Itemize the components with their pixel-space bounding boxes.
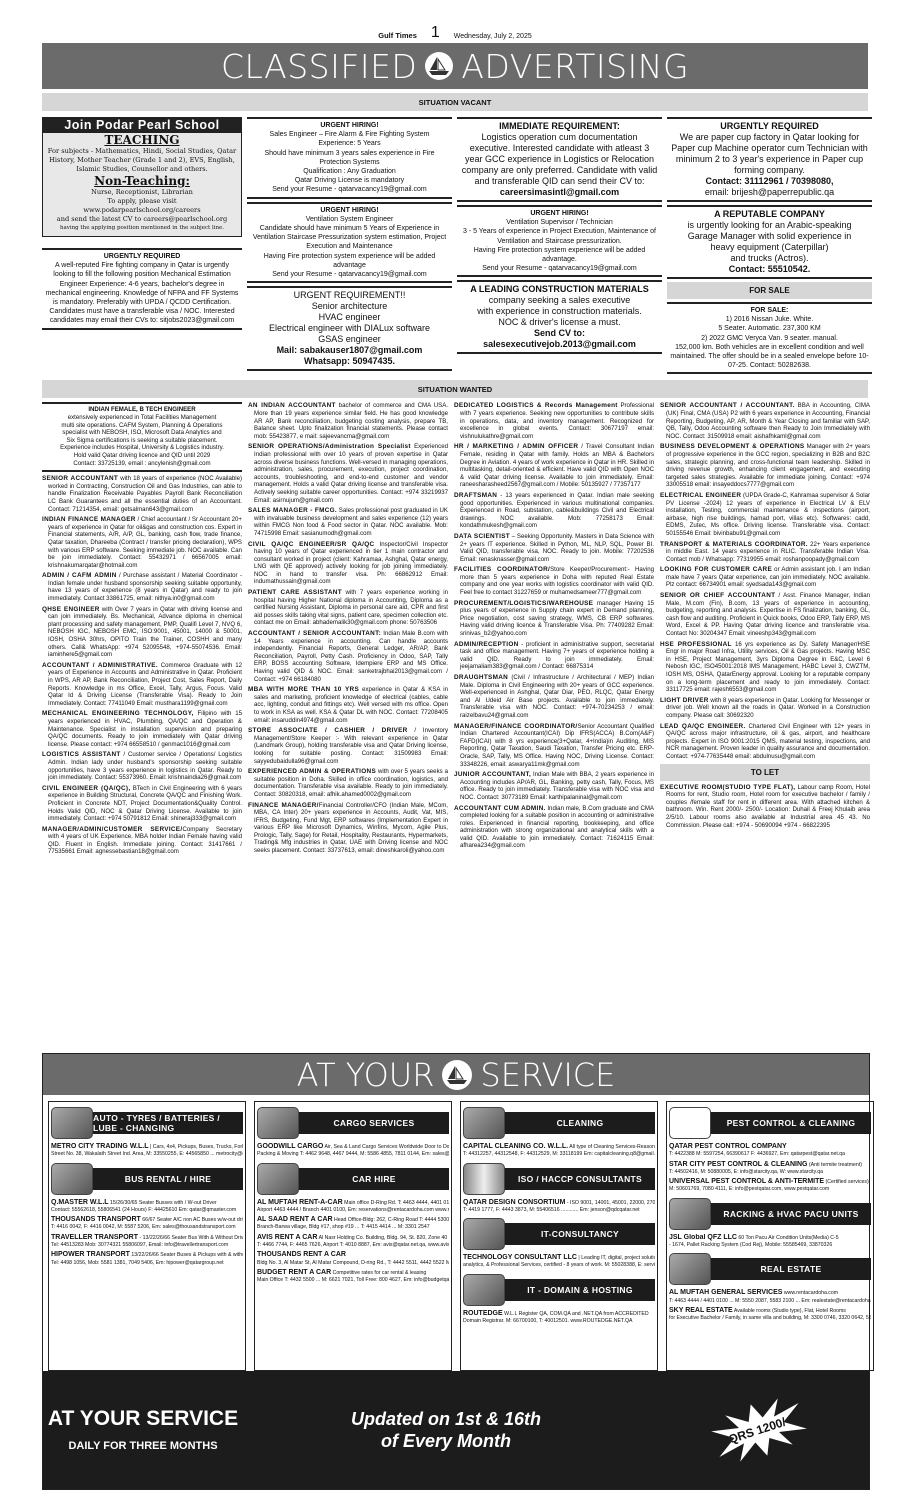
listing-title: FINANCE MANAGER/ bbox=[248, 802, 319, 809]
listing-title: CIVIL ENGINEER (QA/QC), bbox=[42, 785, 130, 792]
ad-contact[interactable]: Send your Resume - qatarvacancy19@gmail.… bbox=[250, 185, 449, 194]
service-footer: AT YOUR SERVICE DAILY FOR THREE MONTHS U… bbox=[43, 1371, 869, 1489]
issue-date: Wednesday, July 2, 2025 bbox=[454, 33, 532, 40]
wanted-listing: ACCOUNTANT / ADMINISTRATIVE. Commerce Gr… bbox=[42, 662, 242, 708]
ventilation-engineer-ad: URGENT HIRING! Ventilation System Engine… bbox=[247, 202, 452, 284]
section-situation-vacant: SITUATION VACANT bbox=[42, 93, 868, 111]
ad-line: company seeking a sales executive bbox=[460, 295, 659, 306]
wanted-listing: MBA WITH MORE THAN 10 YRS experience in … bbox=[248, 686, 448, 724]
entry-detail: - 13/22/26/66 Seater Bus With & Without … bbox=[139, 1235, 243, 1241]
entry-contact: T: 4422388 M: 5597254, 66390617 F: 44369… bbox=[669, 1151, 845, 1157]
entry-detail: Available rooms (Studio type), Flat, Hot… bbox=[734, 1308, 846, 1314]
wanted-listing: CIVIL ENGINEER (QA/QC), BTech in Civil E… bbox=[42, 785, 242, 823]
ad-heading: INDIAN FEMALE, B TECH ENGINEER bbox=[42, 406, 242, 414]
wanted-listing: SALES MANAGER - FMCG. Sales professional… bbox=[248, 507, 448, 537]
entry-contact: T: 4419 1777, F: 4443 3873, M: 55406516 … bbox=[463, 1207, 640, 1213]
category-cargo: CARGO SERVICES bbox=[257, 1107, 449, 1139]
wanted-listing: PATIENT CARE ASSISTANT with 7 years expe… bbox=[248, 589, 448, 627]
entry-contact: T: 4463 4444 / 4401 0100 ... M: 5550 208… bbox=[669, 1298, 871, 1304]
listing-title: DEDICATED LOGISTICS & Records Management bbox=[454, 402, 618, 409]
vacant-column-1: Join Podar Pearl School TEACHING For sub… bbox=[42, 117, 242, 374]
ad-line: Ventilation Supervisor / Technician bbox=[460, 218, 659, 227]
entry-name: THOUSANDS TRANSPORT bbox=[51, 1216, 141, 1223]
entry-name: AL MUFTAH GENERAL SERVICES bbox=[669, 1289, 782, 1296]
car-key-thumbnail-icon bbox=[257, 1163, 299, 1195]
directory-entry: STAR CITY PEST CONTROL & CLEANING (Anti … bbox=[669, 1161, 871, 1177]
banner-left-text: AT YOUR bbox=[297, 1056, 435, 1094]
ad-line: Experience: 5 Years bbox=[250, 139, 449, 148]
construction-materials-ad: A LEADING CONSTRUCTION MATERIALS company… bbox=[457, 280, 662, 354]
listing-text: Labour camp Room, Hotel Rooms for rent, … bbox=[666, 784, 870, 829]
teaching-subjects: For subjects - Mathematics, Hindi, Socia… bbox=[43, 147, 241, 174]
entry-name: HIPOWER TRANSPORT bbox=[51, 1251, 130, 1258]
container-thumbnail-icon bbox=[257, 1107, 299, 1139]
category-auto-tyres: AUTO - TYRES / BATTERIES / LUBE - CHANGI… bbox=[51, 1107, 243, 1139]
ad-line: Six Sigma certifications is seeking a su… bbox=[42, 437, 242, 445]
listing-text: / Travel Consultant Indian Female, resid… bbox=[460, 443, 654, 488]
listing-title: SENIOR OPERATIONS/Administration Special… bbox=[248, 443, 411, 450]
footer-duration: DAILY FOR THREE MONTHS bbox=[68, 1439, 217, 1453]
listing-title: ADMIN/RECEPTION bbox=[454, 641, 519, 648]
ad-line: 2) 2022 GMC Veryca Van. 9 seater. manual… bbox=[670, 334, 869, 343]
for-sale-ad: FOR SALE: 1) 2016 Nissan Juke. White. 5 … bbox=[667, 302, 872, 374]
entry-contact: T: 44502416, M: 50880005, E: info@starci… bbox=[669, 1169, 823, 1175]
entry-name: THOUSANDS RENT A CAR bbox=[257, 1251, 346, 1258]
listing-text: / Asst. Finance Manager, Indian Male, M.… bbox=[666, 592, 870, 637]
ad-line: and trucks (Actros). bbox=[670, 253, 869, 264]
wanted-column-3: DEDICATED LOGISTICS & Records Management… bbox=[454, 402, 654, 856]
dhow-boat-icon bbox=[425, 52, 453, 80]
senior-architecture-ad: URGENT REQUIREMENT!! Senior architecture… bbox=[247, 286, 452, 371]
entry-contact: analytics, & Professional Services, cert… bbox=[463, 1262, 655, 1268]
vacant-column-4: URGENTLY REQUIRED We are paper cup facto… bbox=[667, 117, 872, 374]
wanted-listing: INDIAN FINANCE MANAGER / Chief accountan… bbox=[42, 516, 242, 569]
dhow-boat-icon bbox=[442, 1060, 472, 1090]
entry-detail: 66/67 Seater A/C non AC Buses w/w-out dr… bbox=[142, 1217, 243, 1223]
entry-name: GOODWILL CARGO bbox=[257, 1143, 323, 1150]
classified-page: Gulf Times 1 Wednesday, July 2, 2025 CLA… bbox=[42, 0, 868, 856]
ventilation-supervisor-ad: URGENT HIRING! Ventilation Supervisor / … bbox=[457, 205, 662, 277]
situation-vacant-grid: Join Podar Pearl School TEACHING For sub… bbox=[42, 117, 868, 374]
listing-title: MBA WITH MORE THAN 10 YRS bbox=[248, 686, 359, 693]
listing-title: JUNIOR ACCOUNTANT, bbox=[454, 771, 531, 778]
garage-manager-ad: A REPUTABLE COMPANY is urgently looking … bbox=[667, 205, 872, 279]
footer-middle: Updated on 1st & 16th of Every Month bbox=[243, 1371, 649, 1489]
banner-right-text: ADVERTISING bbox=[461, 47, 689, 86]
entry-detail: Air, Sea & Land Cargo Services Worldwide… bbox=[325, 1144, 449, 1150]
directory-entry: JSL Global QFZ LLC 60 Ton Pacu Air Condi… bbox=[669, 1234, 871, 1250]
listing-title: STORE ASSOCIATE / CASHIER / DRIVER bbox=[248, 727, 408, 734]
wanted-listing: SENIOR OPERATIONS/Administration Special… bbox=[248, 443, 448, 504]
ad-line: Experience includes Hospital, University… bbox=[42, 444, 242, 452]
directory-entry: THOUSANDS TRANSPORT 66/67 Seater A/C non… bbox=[51, 1216, 243, 1232]
section-to-let: TO LET bbox=[660, 764, 870, 781]
category-label: CAR HIRE bbox=[299, 1168, 449, 1190]
directory-entry: QATAR DESIGN CONSORTIUM - ISO 9001, 1400… bbox=[463, 1199, 655, 1215]
wanted-listing: LEAD QA/QC ENGINEER. Chartered Civil Eng… bbox=[660, 723, 870, 761]
category-racking-hvac: RACKING & HVAC PACU UNITS bbox=[669, 1198, 871, 1230]
category-label: PEST CONTROL & CLEANING bbox=[711, 1112, 871, 1134]
listing-title: MANAGER/FINANCE COORDINATOR/ bbox=[454, 723, 577, 730]
entry-name: QATAR DESIGN CONSORTIUM bbox=[463, 1199, 565, 1206]
ad-phone[interactable]: Contact: 55510542. bbox=[670, 264, 869, 275]
listing-title: DRAUGHTSMAN bbox=[454, 674, 508, 681]
directory-entry: GOODWILL CARGO Air, Sea & Land Cargo Ser… bbox=[257, 1143, 449, 1159]
listing-text: Senior Accountant Qualified Indian Chart… bbox=[460, 723, 654, 768]
ad-line: Garage Manager with solid experience in bbox=[670, 231, 869, 242]
entry-detail: 13/22/26/66 Seater Buses & Pickups with … bbox=[131, 1252, 243, 1258]
section-for-sale: FOR SALE bbox=[667, 282, 872, 299]
entry-name: AL SAAD RENT A CAR bbox=[257, 1216, 333, 1223]
logistics-ad: IMMEDIATE REQUIREMENT: Logistics operati… bbox=[457, 117, 662, 202]
category-cleaning: CLEANING bbox=[463, 1107, 655, 1139]
entry-contact: Airport 4463 4444 / Branch 4401 0100, Em… bbox=[257, 1207, 449, 1213]
listing-text: Indian male, B.Com graduate and CMA comp… bbox=[460, 805, 654, 850]
globe-hosting-thumbnail-icon bbox=[463, 1274, 505, 1306]
ad-email[interactable]: careersimasintl@gmail.com bbox=[460, 187, 659, 198]
entry-detail: All type of Cleaning Services-Reasonable… bbox=[569, 1144, 655, 1150]
ad-heading: URGENTLY REQUIRED bbox=[45, 252, 239, 261]
warehouse-racking-thumbnail-icon bbox=[669, 1198, 711, 1230]
directory-entry: AL SAAD RENT A CAR Head Office-Bldg: 262… bbox=[257, 1216, 449, 1232]
price-starburst-badge: QRS 1200/- bbox=[707, 1390, 811, 1470]
send-cv-text: Send CV to: bbox=[460, 328, 659, 339]
listing-title: PROCUREMENT/LOGISTICS/WAREHOUSE bbox=[454, 600, 593, 607]
listing-title: LEAD QA/QC ENGINEER. bbox=[660, 723, 746, 730]
ad-line: Electrical engineer with DIALux software bbox=[250, 323, 449, 334]
wanted-listing: EXPERIENCED ADMIN & OPERATIONS with over… bbox=[248, 768, 448, 798]
ad-heading: A LEADING CONSTRUCTION MATERIALS bbox=[460, 284, 659, 295]
listing-title: SENIOR ACCOUNTANT / ACCOUNTANT. bbox=[660, 402, 795, 409]
footer-left: AT YOUR SERVICE DAILY FOR THREE MONTHS bbox=[43, 1371, 243, 1489]
ad-contact: Contact: 33725139, email : ancylenish@gm… bbox=[42, 460, 242, 468]
wanted-listing: STORE ASSOCIATE / CASHIER / DRIVER / Inv… bbox=[248, 727, 448, 765]
listing-title: SENIOR OR CHIEF ACCOUNTANT bbox=[660, 592, 775, 599]
entry-name: QATAR PEST CONTROL COMPANY bbox=[669, 1143, 787, 1150]
directory-entry: BUDGET RENT A CAR Competitive rates for … bbox=[257, 1269, 449, 1285]
ad-line: is urgently looking for an Arabic-speaki… bbox=[670, 220, 869, 231]
masthead: Gulf Times 1 Wednesday, July 2, 2025 bbox=[42, 0, 868, 43]
ad-line: Qualification : Any Graduation bbox=[250, 167, 449, 176]
it-consultancy-thumbnail-icon bbox=[463, 1218, 505, 1250]
wanted-column-2: AN INDIAN ACCOUNTANT bachelor of commerc… bbox=[248, 402, 448, 856]
wanted-listing: FACILITIES COORDINATOR/Store Keeper/Proc… bbox=[454, 566, 654, 596]
listing-title: MECHANICAL ENGINEERING TECHNOLOGY, bbox=[42, 710, 194, 717]
category-label: BUS RENTAL / HIRE bbox=[93, 1168, 243, 1190]
ad-line: 3 - 5 Years of experience in Project Exe… bbox=[460, 227, 659, 245]
ad-line: Hold valid Qatar driving licence and QID… bbox=[42, 452, 242, 460]
firefighting-ad: URGENTLY REQUIRED A well-reputed Fire fi… bbox=[42, 248, 242, 330]
wanted-listing: PROCUREMENT/LOGISTICS/WAREHOUSE manager … bbox=[454, 600, 654, 638]
category-label: IT-CONSULTANCY bbox=[505, 1223, 655, 1245]
non-teaching-roles: Nurse, Receptionist, Librarian bbox=[43, 188, 241, 197]
category-label: CARGO SERVICES bbox=[299, 1112, 449, 1134]
entry-detail: (Certified services) bbox=[826, 1179, 869, 1185]
entry-name: STAR CITY PEST CONTROL & CLEANING bbox=[669, 1161, 807, 1168]
wanted-column-1: INDIAN FEMALE, B TECH ENGINEER extensive… bbox=[42, 402, 242, 856]
listing-title: CIVIL QA/QC ENGINEER/SR QA/QC bbox=[248, 541, 374, 548]
category-label: REAL ESTATE bbox=[711, 1258, 871, 1280]
ad-email[interactable]: salesexecutivejob.2013@gmail.com bbox=[460, 339, 659, 350]
listing-title: PATIENT CARE ASSISTANT bbox=[248, 589, 342, 596]
wanted-listing: JUNIOR ACCOUNTANT, Indian Male with BBA,… bbox=[454, 771, 654, 801]
bus-thumbnail-icon bbox=[51, 1163, 93, 1195]
entry-contact: Branch-Barwa village, Bldg #17, shop #19… bbox=[257, 1224, 430, 1230]
entry-name: METRO CITY TRADING W.L.L bbox=[51, 1143, 148, 1150]
wanted-listing: MECHANICAL ENGINEERING TECHNOLOGY, Filip… bbox=[42, 710, 242, 748]
entry-name: CAPITAL CLEANING CO. W.L.L. bbox=[463, 1143, 568, 1150]
to-let-listing: EXECUTIVE ROOM(STUDIO TYPE FLAT), Labour… bbox=[660, 784, 870, 830]
iso-badge-icon bbox=[463, 1163, 505, 1195]
category-it-domain-hosting: IT - DOMAIN & HOSTING bbox=[463, 1274, 655, 1306]
entry-contact: - 1674, Pallet Racking System (Cod Rej),… bbox=[669, 1242, 832, 1248]
ad-title: Join Podar Pearl School bbox=[43, 118, 241, 133]
listing-title: AN INDIAN ACCOUNTANT bbox=[248, 402, 336, 409]
entry-name: AL MUFTAH RENT-A-CAR bbox=[257, 1199, 343, 1206]
directory-entry: METRO CITY TRADING W.L.L | Cars, 4x4, Pi… bbox=[51, 1143, 243, 1159]
entry-name: JSL Global QFZ LLC bbox=[669, 1234, 737, 1241]
listing-text: Manager with 2+ years of progressive exp… bbox=[666, 443, 870, 488]
listing-title: HSE PROFESSIONAL bbox=[660, 641, 732, 648]
ad-line: Ventilation System Engineer bbox=[250, 215, 449, 224]
wanted-listing: DRAUGHTSMAN (Civil / Infrastructure / Ar… bbox=[454, 674, 654, 720]
entry-contact: Main Office T: 4432 5500 ... M: 6621 702… bbox=[257, 1277, 449, 1283]
directory-entry: AVIS RENT A CAR Al Nasr Holding Co. Buil… bbox=[257, 1234, 449, 1250]
vacant-column-3: IMMEDIATE REQUIREMENT: Logistics operati… bbox=[457, 117, 662, 374]
ad-body: We are paper cup factory in Qatar lookin… bbox=[670, 132, 869, 176]
listing-title: DATA SCIENTIST bbox=[454, 533, 510, 540]
listing-text: (UPDA Grade-C, Kahramaa supervisor & Sol… bbox=[666, 492, 870, 537]
entry-detail: | Leading IT, digital, project solutions… bbox=[578, 1255, 655, 1261]
ad-whatsapp[interactable]: Whatsapp: 50947435. bbox=[250, 356, 449, 367]
wanted-listing: DEDICATED LOGISTICS & Records Management… bbox=[454, 402, 654, 440]
listing-title: EXECUTIVE ROOM(STUDIO TYPE FLAT), bbox=[660, 784, 795, 791]
wanted-column-4: SENIOR ACCOUNTANT / ACCOUNTANT. BBA in A… bbox=[660, 402, 870, 856]
ad-line: with experience in construction material… bbox=[460, 306, 659, 317]
entry-contact: T: 4416 0042, F: 4416 0042, M: 5587 5206… bbox=[51, 1224, 236, 1230]
entry-detail: 60 Ton Pacu Air Condition Units(Media) C… bbox=[738, 1235, 838, 1241]
service-banner: AT YOUR SERVICE bbox=[43, 1054, 869, 1095]
building-thumbnail-icon bbox=[669, 1253, 711, 1285]
directory-entry: TECHNOLOGY CONSULTANT LLC | Leading IT, … bbox=[463, 1254, 655, 1270]
listing-title: HR / MARKETING / ADMIN OFFICER bbox=[454, 443, 578, 450]
footer-right: QRS 1200/- bbox=[649, 1371, 869, 1489]
wanted-listing: BUSINESS DEVELOPMENT & OPERATIONS Manage… bbox=[660, 443, 870, 489]
wanted-listing: HR / MARKETING / ADMIN OFFICER / Travel … bbox=[454, 443, 654, 489]
ad-heading: A REPUTABLE COMPANY bbox=[670, 209, 869, 220]
ad-line: HVAC engineer bbox=[250, 312, 449, 323]
section-situation-wanted: SITUATION WANTED bbox=[42, 380, 868, 398]
listing-title: INDIAN FINANCE MANAGER bbox=[42, 516, 136, 523]
directory-entry: ROUTEDGE W.L.L Register QA, COM.QA and .… bbox=[463, 1310, 655, 1326]
entry-detail: - ISO 9001, 14001, 45001, 22000, 27001, … bbox=[567, 1200, 655, 1206]
sales-engineer-ad: URGENT HIRING! Sales Engineer – Fire Ala… bbox=[247, 117, 452, 199]
wanted-listing: ACCOUNTANT / SENIOR ACCOUNTANT: Indian M… bbox=[248, 630, 448, 683]
ad-line: specialist with NEBOSH, ISO, Microsoft D… bbox=[42, 429, 242, 437]
ad-email[interactable]: email: brijesh@paperrepublic.qa bbox=[670, 187, 869, 198]
entry-contact: Domain Registrar. M: 66700100, T: 400125… bbox=[463, 1318, 632, 1324]
entry-detail: www.rentacardoha.com bbox=[784, 1290, 838, 1296]
category-label: ISO / HACCP CONSULTANTS bbox=[505, 1168, 655, 1190]
directory-entry: HIPOWER TRANSPORT 13/22/26/66 Seater Bus… bbox=[51, 1251, 243, 1267]
category-label: RACKING & HVAC PACU UNITS bbox=[711, 1203, 871, 1225]
listing-title: LIGHT DRIVER bbox=[660, 697, 709, 704]
wanted-listing: ACCOUNTANT CUM ADMIN. Indian male, B.Com… bbox=[454, 805, 654, 851]
teaching-heading: TEACHING bbox=[43, 136, 241, 145]
directory-entry: SKY REAL ESTATE Available rooms (Studio … bbox=[669, 1307, 871, 1323]
subject-line-note: having the applying position mentioned i… bbox=[43, 224, 241, 233]
ad-heading: URGENTLY REQUIRED bbox=[670, 121, 869, 132]
entry-detail: Al Nasr Holding Co. Building, Bldg. 94, … bbox=[319, 1235, 448, 1241]
ad-line: multi site operations. CAFM System, Plan… bbox=[42, 422, 242, 430]
entry-detail: Competitive rates for car rental & leasi… bbox=[333, 1270, 427, 1276]
listing-text: Commerce Graduate with 12 years of Exper… bbox=[48, 662, 242, 707]
category-label: CLEANING bbox=[505, 1112, 655, 1134]
service-column-3: CLEANING CAPITAL CLEANING CO. W.L.L. All… bbox=[460, 1101, 658, 1371]
paper-cup-ad: URGENTLY REQUIRED We are paper cup facto… bbox=[667, 117, 872, 202]
directory-entry: Q.MASTER W.L.L 15/26/30/65 Seater Busses… bbox=[51, 1199, 243, 1215]
category-real-estate: REAL ESTATE bbox=[669, 1253, 871, 1285]
cleaning-thumbnail-icon bbox=[463, 1107, 505, 1139]
vacant-column-2: URGENT HIRING! Sales Engineer – Fire Ala… bbox=[247, 117, 452, 374]
ad-line: Should have minimum 3 years sales experi… bbox=[250, 149, 449, 167]
listing-text: Experienced Indian professional with ove… bbox=[254, 443, 448, 503]
listing-title: SENIOR ACCOUNTANT bbox=[42, 475, 118, 482]
wanted-listing: LOGISTICS ASSISTANT / Customer service /… bbox=[42, 751, 242, 781]
entry-detail: 15/26/30/65 Seater Busses with / W-out D… bbox=[110, 1200, 217, 1206]
category-car-hire: CAR HIRE bbox=[257, 1163, 449, 1195]
wanted-listing: MANAGER/ADMIN/CUSTOMER SERVICE/Company S… bbox=[42, 826, 242, 856]
listing-text: with Over 7 years in Qatar with driving … bbox=[48, 606, 242, 659]
listing-title: DRAFTSMAN bbox=[454, 492, 497, 499]
listing-text: / Chief accountant / Sr Accountant 20+ y… bbox=[48, 516, 242, 569]
send-cv-text: and send the latest CV to careers@pearls… bbox=[43, 215, 241, 224]
entry-name: ROUTEDGE bbox=[463, 1310, 503, 1317]
listing-title: LOOKING FOR CUSTOMER CARE bbox=[660, 566, 772, 573]
ad-line: Senior architecture bbox=[250, 301, 449, 312]
listing-title: ELECTRICAL ENGINEER bbox=[660, 492, 741, 499]
category-label: AUTO - TYRES / BATTERIES / LUBE - CHANGI… bbox=[93, 1112, 243, 1134]
listing-title: ACCOUNTANT / SENIOR ACCOUNTANT: bbox=[248, 630, 381, 637]
wanted-listing: SENIOR ACCOUNTANT with 18 years of exper… bbox=[42, 475, 242, 513]
entry-contact: for Executive Bachelor / Family, in same… bbox=[669, 1315, 871, 1321]
wanted-listing: CIVIL QA/QC ENGINEER/SR QA/QC Inspector/… bbox=[248, 541, 448, 587]
entry-name: BUDGET RENT A CAR bbox=[257, 1269, 331, 1276]
category-label: IT - DOMAIN & HOSTING bbox=[505, 1279, 655, 1301]
banner-left-text: CLASSIFIED bbox=[221, 47, 417, 86]
ad-heading: URGENT HIRING! bbox=[250, 121, 449, 130]
ad-email[interactable]: Mail: sabakauser1807@gmail.com bbox=[250, 345, 449, 356]
listing-title: BUSINESS DEVELOPMENT & OPERATIONS bbox=[660, 443, 804, 450]
apply-text: To apply, please visit bbox=[43, 197, 241, 206]
directory-entry: THOUSANDS RENT A CAR Bldg No. 3, Al Mata… bbox=[257, 1251, 449, 1267]
ad-heading: URGENT HIRING! bbox=[250, 206, 449, 215]
wanted-listing: LOOKING FOR CUSTOMER CARE or Admin assis… bbox=[660, 566, 870, 589]
entry-detail: Head Office-Bldg: 262, C-Ring Road T: 44… bbox=[334, 1217, 449, 1223]
category-bus-rental: BUS RENTAL / HIRE bbox=[51, 1163, 243, 1195]
wanted-listing: ADMIN / CAFM ADMIN / Purchase assistant … bbox=[42, 572, 242, 602]
entry-detail: W.L.L Register QA, COM.QA and .NET.QA fr… bbox=[504, 1311, 649, 1317]
listing-title: QHSE ENGINEER bbox=[42, 606, 100, 613]
ad-line: 5 Seater. Automatic. 237,300 KM bbox=[670, 324, 869, 333]
entry-detail: Main office D-Ring Rd. T: 4463 4444, 440… bbox=[344, 1200, 449, 1206]
listing-text: 16 yrs experience as Dy. Safety Manager/… bbox=[666, 641, 870, 694]
ad-contact[interactable]: Send your Resume - qatarvacancy19@gmail.… bbox=[460, 264, 659, 273]
wanted-listing: MANAGER/FINANCE COORDINATOR/Senior Accou… bbox=[454, 723, 654, 769]
listing-text: (Civil / Infrastructure / Architectural … bbox=[460, 674, 654, 719]
directory-entry: TRAVELLER TRANSPORT - 13/22/26/66 Seater… bbox=[51, 1234, 243, 1250]
wanted-listing: SENIOR ACCOUNTANT / ACCOUNTANT. BBA in A… bbox=[660, 402, 870, 440]
ad-line: GSAS engineer bbox=[250, 334, 449, 345]
entry-name: AVIS RENT A CAR bbox=[257, 1234, 317, 1241]
situation-wanted-grid: INDIAN FEMALE, B TECH ENGINEER extensive… bbox=[42, 402, 868, 856]
entry-detail: | Cars, 4x4, Pickups, Buses, Trucks, For… bbox=[150, 1144, 243, 1150]
listing-title: FACILITIES COORDINATOR/ bbox=[454, 566, 550, 573]
directory-entry: AL MUFTAH RENT-A-CAR Main office D-Ring … bbox=[257, 1199, 449, 1215]
ad-line: 1) 2016 Nissan Juke. White. bbox=[670, 315, 869, 324]
entry-contact: Bldg No. 3, Al Matar St, Al Matar Compou… bbox=[257, 1260, 449, 1266]
entry-name: UNIVERSAL PEST CONTROL & ANTI-TERMITE bbox=[669, 1178, 824, 1185]
entry-contact: T: 44312257, 44312548, F: 44312529, M: 3… bbox=[463, 1151, 655, 1157]
listing-title: ACCOUNTANT CUM ADMIN. bbox=[454, 805, 546, 812]
ad-phone[interactable]: Contact: 31112961 / 70398080, bbox=[670, 176, 869, 187]
pest-sprayer-thumbnail-icon bbox=[669, 1107, 711, 1139]
ad-body: A well-reputed Fire fighting company in … bbox=[45, 261, 239, 325]
banner-right-text: SERVICE bbox=[480, 1056, 615, 1094]
entry-contact: Tel: 44513283 Mob: 30774321 55806097, Em… bbox=[51, 1242, 228, 1248]
ad-line: extensively experienced in Total Facilit… bbox=[42, 414, 242, 422]
service-column-2: CARGO SERVICES GOODWILL CARGO Air, Sea &… bbox=[254, 1101, 452, 1371]
wanted-listing: FINANCE MANAGER/Financial Controller/CFO… bbox=[248, 802, 448, 855]
listing-title: SALES MANAGER - FMCG. bbox=[248, 507, 337, 514]
entry-name: TRAVELLER TRANSPORT bbox=[51, 1234, 138, 1241]
wanted-listing: ELECTRICAL ENGINEER (UPDA Grade-C, Kahra… bbox=[660, 492, 870, 538]
careers-link[interactable]: www.podarpearlschool.org/careers bbox=[43, 206, 241, 215]
wanted-listing: QHSE ENGINEER with Over 7 years in Qatar… bbox=[42, 606, 242, 659]
directory-entry: AL MUFTAH GENERAL SERVICES www.rentacard… bbox=[669, 1289, 871, 1305]
entry-contact: T: 4466 7744, F: 4465 7626, Airport T: 4… bbox=[257, 1242, 449, 1248]
ad-contact[interactable]: Send your Resume - qatarvacancy19@gmail.… bbox=[250, 270, 449, 279]
wanted-listing: LIGHT DRIVER with 8 years experience in … bbox=[660, 697, 870, 720]
directory-entry: UNIVERSAL PEST CONTROL & ANTI-TERMITE (C… bbox=[669, 1178, 871, 1194]
paper-name: Gulf Times bbox=[378, 31, 417, 40]
listing-title: LOGISTICS ASSISTANT bbox=[42, 751, 121, 758]
classified-banner: CLASSIFIED ADVERTISING bbox=[42, 43, 868, 89]
ad-line: Qatar Driving License is mandatory bbox=[250, 176, 449, 185]
entry-contact: Tel: 4498 1056, Mob: 5581 1381, 7049 540… bbox=[51, 1260, 224, 1266]
entry-contact: Packing & Moving T: 4462 9648, 4467 9444… bbox=[257, 1151, 449, 1157]
entry-name: SKY REAL ESTATE bbox=[669, 1307, 733, 1314]
ad-line: Sales Engineer – Fire Alarm & Fire Fight… bbox=[250, 130, 449, 139]
entry-contact: M: 50601769, 7080 4111, E: info@pestqata… bbox=[669, 1186, 829, 1192]
ad-line: Having Fire protection system experience… bbox=[460, 246, 659, 264]
service-directory: AUTO - TYRES / BATTERIES / LUBE - CHANGI… bbox=[43, 1095, 869, 1371]
wanted-listing: AN INDIAN ACCOUNTANT bachelor of commerc… bbox=[248, 402, 448, 440]
ad-heading: IMMEDIATE REQUIREMENT: bbox=[460, 121, 659, 132]
directory-entry: QATAR PEST CONTROL COMPANY T: 4422388 M:… bbox=[669, 1143, 871, 1159]
category-pest-control: PEST CONTROL & CLEANING bbox=[669, 1107, 871, 1139]
wanted-listing: HSE PROFESSIONAL 16 yrs experience as Dy… bbox=[660, 641, 870, 694]
non-teaching-heading: Non-Teaching: bbox=[43, 177, 241, 186]
footer-update-line2: of Every Month bbox=[381, 1430, 511, 1452]
listing-text: Indian Male B.com with 14 Years experien… bbox=[254, 630, 448, 683]
listing-title: ACCOUNTANT / ADMINISTRATIVE. bbox=[42, 662, 158, 669]
entry-detail: (Anti termite treatment) bbox=[809, 1162, 862, 1168]
page-number: 1 bbox=[431, 26, 440, 40]
listing-title: TRANSPORT & MATERIALS COORDINATOR. bbox=[660, 541, 808, 548]
wanted-listing: ADMIN/RECEPTION - proficient in administ… bbox=[454, 641, 654, 671]
wanted-listing: TRANSPORT & MATERIALS COORDINATOR. 22+ Y… bbox=[660, 541, 870, 564]
